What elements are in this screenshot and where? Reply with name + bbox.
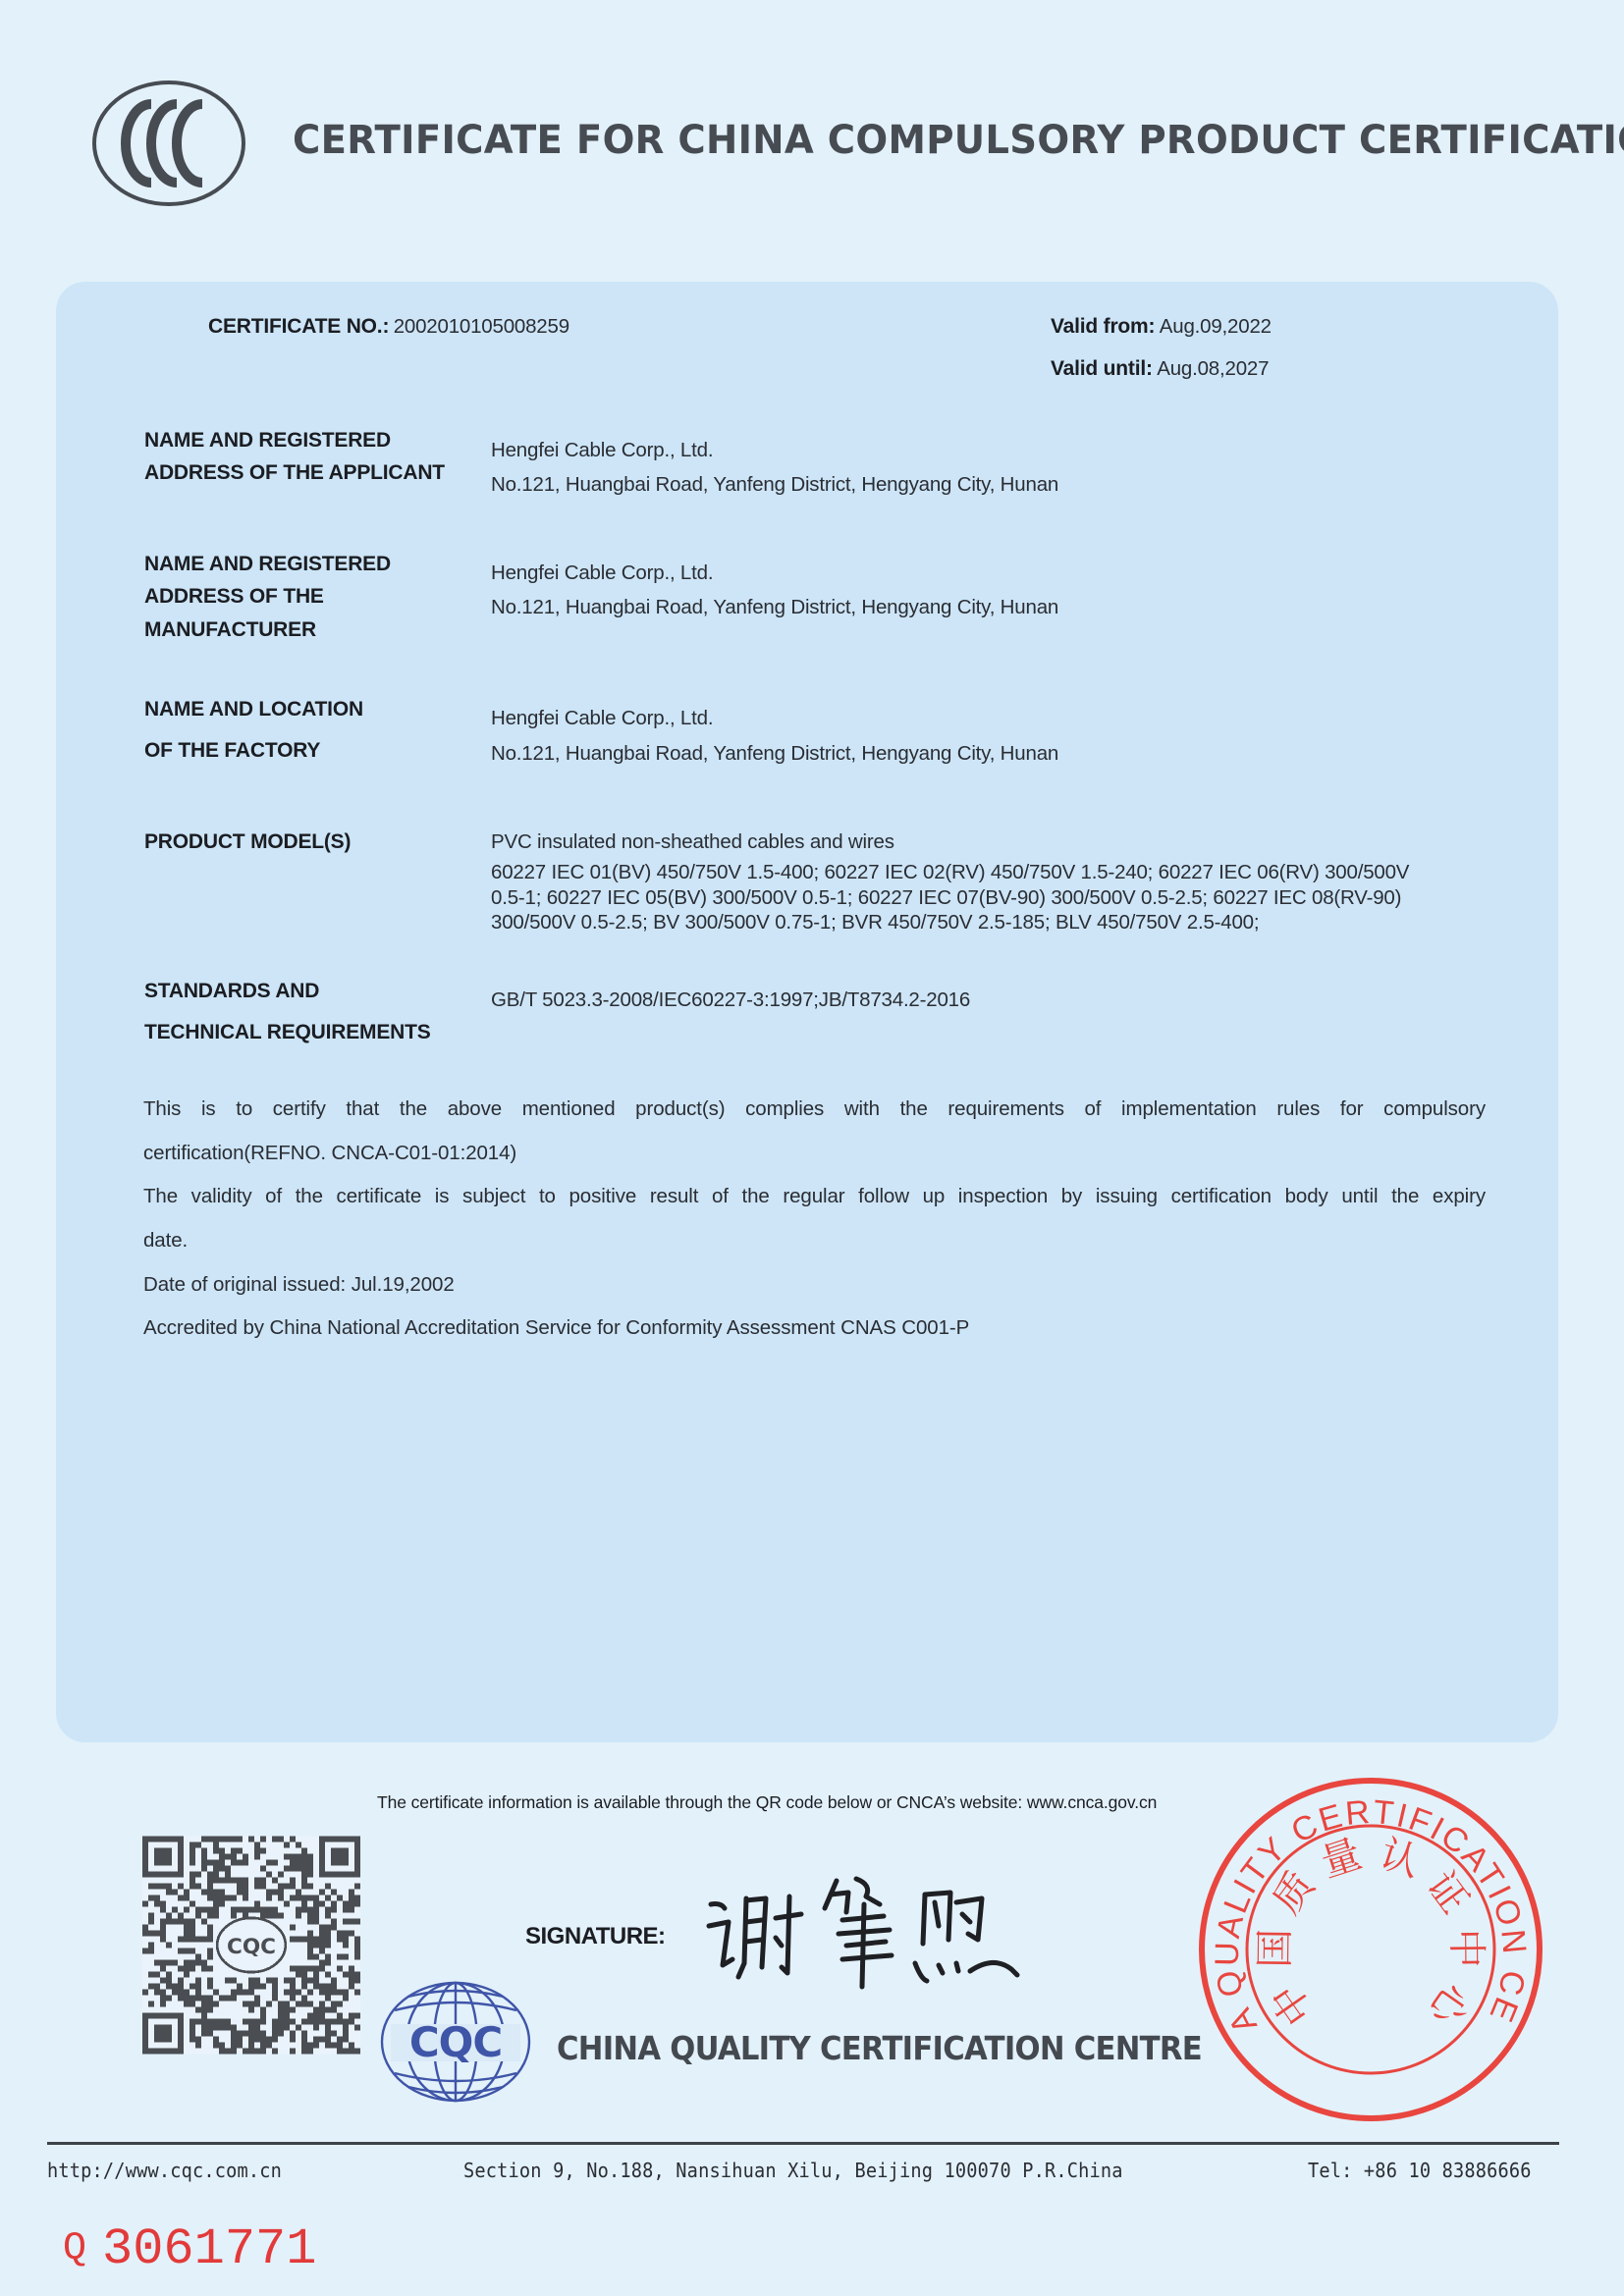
valid-from: Valid from: Aug.09,2022 [1051, 315, 1272, 339]
qr-code-icon[interactable]: CQC [142, 1834, 360, 2056]
ccc-mark-icon [90, 79, 247, 208]
serial-prefix: Q [63, 2227, 86, 2271]
certificate-number: CERTIFICATE NO.: 2002010105008259 [208, 315, 569, 339]
factory-label-line: NAME AND LOCATION [144, 698, 363, 721]
footer-divider [47, 2142, 1559, 2145]
valid-until-label: Valid until: [1051, 357, 1153, 380]
statement-line: The validity of the certificate is subje… [143, 1185, 1486, 1208]
certificate-number-label: CERTIFICATE NO.: [208, 315, 389, 338]
serial-value: 3061771 [102, 2220, 316, 2278]
manufacturer-label-line: ADDRESS OF THE [144, 585, 324, 609]
issuer-name: CHINA QUALITY CERTIFICATION CENTRE [557, 2029, 1202, 2067]
footer-website-link[interactable]: http://www.cqc.com.cn [47, 2159, 282, 2182]
qr-verification-note: The certificate information is available… [377, 1792, 1157, 1813]
statement-line: This is to certify that the above mentio… [143, 1097, 1486, 1121]
standards-label-line: TECHNICAL REQUIREMENTS [144, 1021, 431, 1044]
official-seal-icon: CHINA QUALITY CERTIFICATION CENTRE 中国质量认… [1196, 1775, 1545, 2124]
accreditation-line: Accredited by China National Accreditati… [143, 1316, 969, 1340]
svg-text:中: 中 [1443, 1929, 1489, 1969]
document-title: CERTIFICATE FOR CHINA COMPULSORY PRODUCT… [293, 118, 1624, 163]
valid-until-value: Aug.08,2027 [1157, 357, 1269, 380]
standards-value: GB/T 5023.3-2008/IEC60227-3:1997;JB/T873… [491, 988, 970, 1012]
applicant-label-line: ADDRESS OF THE APPLICANT [144, 461, 445, 485]
cqc-logo-icon: CQC [379, 1981, 532, 2103]
certificate-panel [56, 282, 1558, 1742]
svg-text:国: 国 [1253, 1929, 1298, 1969]
valid-until: Valid until: Aug.08,2027 [1051, 357, 1269, 381]
applicant-label-line: NAME AND REGISTERED [144, 429, 391, 453]
footer-address: Section 9, No.188, Nansihuan Xilu, Beiji… [463, 2159, 1123, 2182]
factory-address: No.121, Huangbai Road, Yanfeng District,… [491, 742, 1058, 766]
factory-label-line: OF THE FACTORY [144, 739, 320, 763]
statement-line: certification(REFNO. CNCA-C01-01:2014) [143, 1142, 516, 1165]
manufacturer-label-line: MANUFACTURER [144, 618, 316, 642]
original-issue-date: Date of original issued: Jul.19,2002 [143, 1273, 455, 1297]
statement-line: date. [143, 1229, 188, 1253]
product-models-line: 300/500V 0.5-2.5; BV 300/500V 0.75-1; BV… [491, 911, 1259, 934]
standards-label-line: STANDARDS AND [144, 980, 319, 1003]
manufacturer-label-line: NAME AND REGISTERED [144, 553, 391, 576]
manufacturer-address: No.121, Huangbai Road, Yanfeng District,… [491, 596, 1058, 619]
svg-text:CQC: CQC [227, 1935, 276, 1959]
product-models-line: 0.5-1; 60227 IEC 05(BV) 300/500V 0.5-1; … [491, 886, 1401, 910]
valid-from-value: Aug.09,2022 [1160, 315, 1272, 338]
signature-label: SIGNATURE: [525, 1923, 666, 1950]
product-models-title: PVC insulated non-sheathed cables and wi… [491, 830, 894, 854]
signature-icon [699, 1865, 1023, 1993]
applicant-address: No.121, Huangbai Road, Yanfeng District,… [491, 473, 1058, 497]
product-models-label: PRODUCT MODEL(S) [144, 830, 351, 854]
manufacturer-name: Hengfei Cable Corp., Ltd. [491, 561, 713, 585]
svg-text:CQC: CQC [409, 2018, 502, 2066]
applicant-name: Hengfei Cable Corp., Ltd. [491, 439, 713, 462]
serial-number: Q3061771 [63, 2220, 316, 2278]
certificate-number-value: 2002010105008259 [394, 315, 569, 338]
valid-from-label: Valid from: [1051, 315, 1155, 338]
factory-name: Hengfei Cable Corp., Ltd. [491, 707, 713, 730]
product-models-line: 60227 IEC 01(BV) 450/750V 1.5-400; 60227… [491, 861, 1409, 884]
footer-telephone: Tel: +86 10 83886666 [1308, 2159, 1532, 2182]
